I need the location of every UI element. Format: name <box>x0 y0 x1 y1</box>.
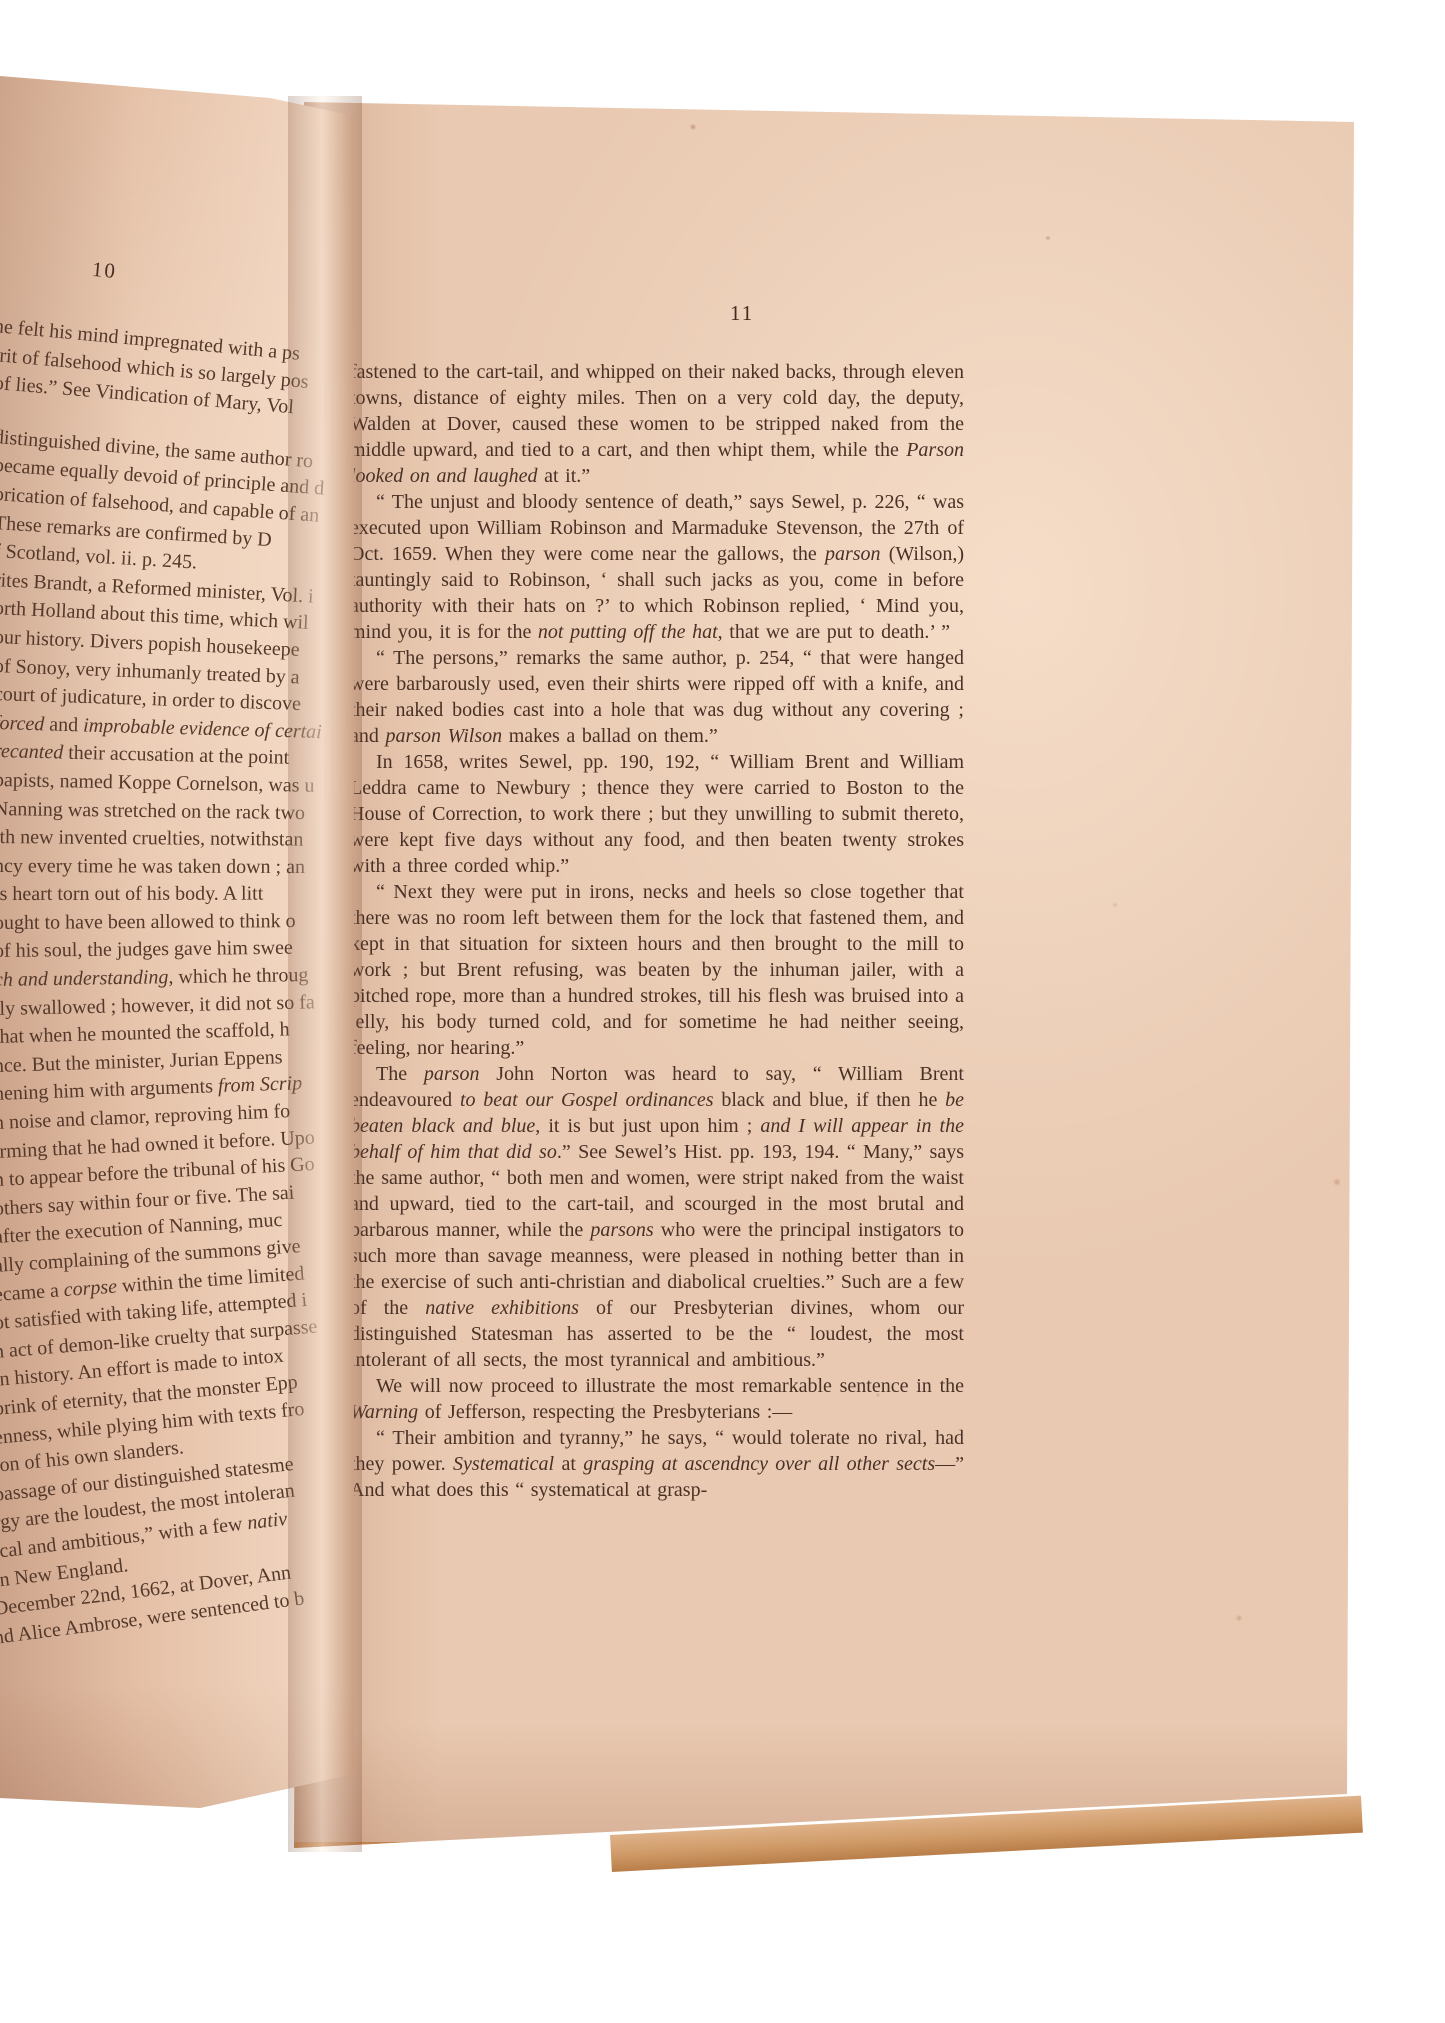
text-run: at it.” <box>538 465 591 487</box>
text-run: black and blue, if then he <box>714 1089 946 1111</box>
right-page: 11 fastened to the cart-tail, and whippe… <box>290 96 1362 1852</box>
text-run: ought to have been allowed to think o <box>0 910 296 934</box>
left-page-text: he felt his mind impregnated with a psir… <box>0 312 446 1732</box>
text-run: makes a ballad on them.” <box>502 725 718 747</box>
text-run: of Jefferson, respecting the Presbyteria… <box>418 1401 792 1423</box>
right-page-number: 11 <box>730 301 790 326</box>
text-run: We will now proceed to illustrate the mo… <box>376 1375 964 1397</box>
text-run: of his soul, the judges gave him swee <box>0 937 293 962</box>
italic-text-run: parson <box>825 543 881 565</box>
italic-text-run: forced <box>0 712 45 735</box>
italic-text-run: parsons <box>590 1219 653 1241</box>
book-photo: 11 fastened to the cart-tail, and whippe… <box>0 0 1445 2023</box>
text-run: ncy every time he was taken down ; an <box>0 855 305 878</box>
text-run: , it is but just upon him ; <box>535 1115 760 1137</box>
left-page-line: ncy every time he was taken down ; an <box>0 852 446 882</box>
text-run: at <box>554 1453 583 1475</box>
text-run: and <box>44 713 83 736</box>
italic-text-run: recanted <box>0 740 63 764</box>
text-run: papists, named Koppe Cornelson, was u <box>0 769 315 797</box>
text-run: is heart torn out of his body. A litt <box>0 883 263 905</box>
text-run: ecame a <box>0 1279 65 1306</box>
italic-text-run: grasping at ascendncy over all other sec… <box>583 1453 935 1475</box>
text-run: , that we are put to death.’ ” <box>718 621 950 643</box>
text-run: their accusation at the point <box>63 742 289 769</box>
italic-text-run: to beat our Gospel ordinances <box>460 1089 714 1111</box>
left-page-line: ith new invented cruelties, notwithstan <box>0 823 446 855</box>
italic-text-run: corpse <box>63 1275 118 1301</box>
italic-text-run: not putting off the hat <box>538 621 718 643</box>
italic-text-run: improbable evidence of certai <box>83 714 322 743</box>
left-page-line: is heart torn out of his body. A litt <box>0 880 446 909</box>
text-run: Nanning was stretched on the rack two <box>0 798 305 824</box>
italic-text-run: native exhibitions <box>425 1297 579 1319</box>
left-page-number: 10 <box>91 257 118 284</box>
italic-text-run: nativ <box>246 1508 288 1534</box>
italic-text-run: Systematical <box>453 1453 554 1475</box>
text-run: , which he throug <box>168 964 308 988</box>
text-run: ith new invented cruelties, notwithstan <box>0 826 303 851</box>
italic-text-run: ch and understanding <box>0 966 169 991</box>
italic-text-run: from Scrip <box>218 1073 303 1098</box>
